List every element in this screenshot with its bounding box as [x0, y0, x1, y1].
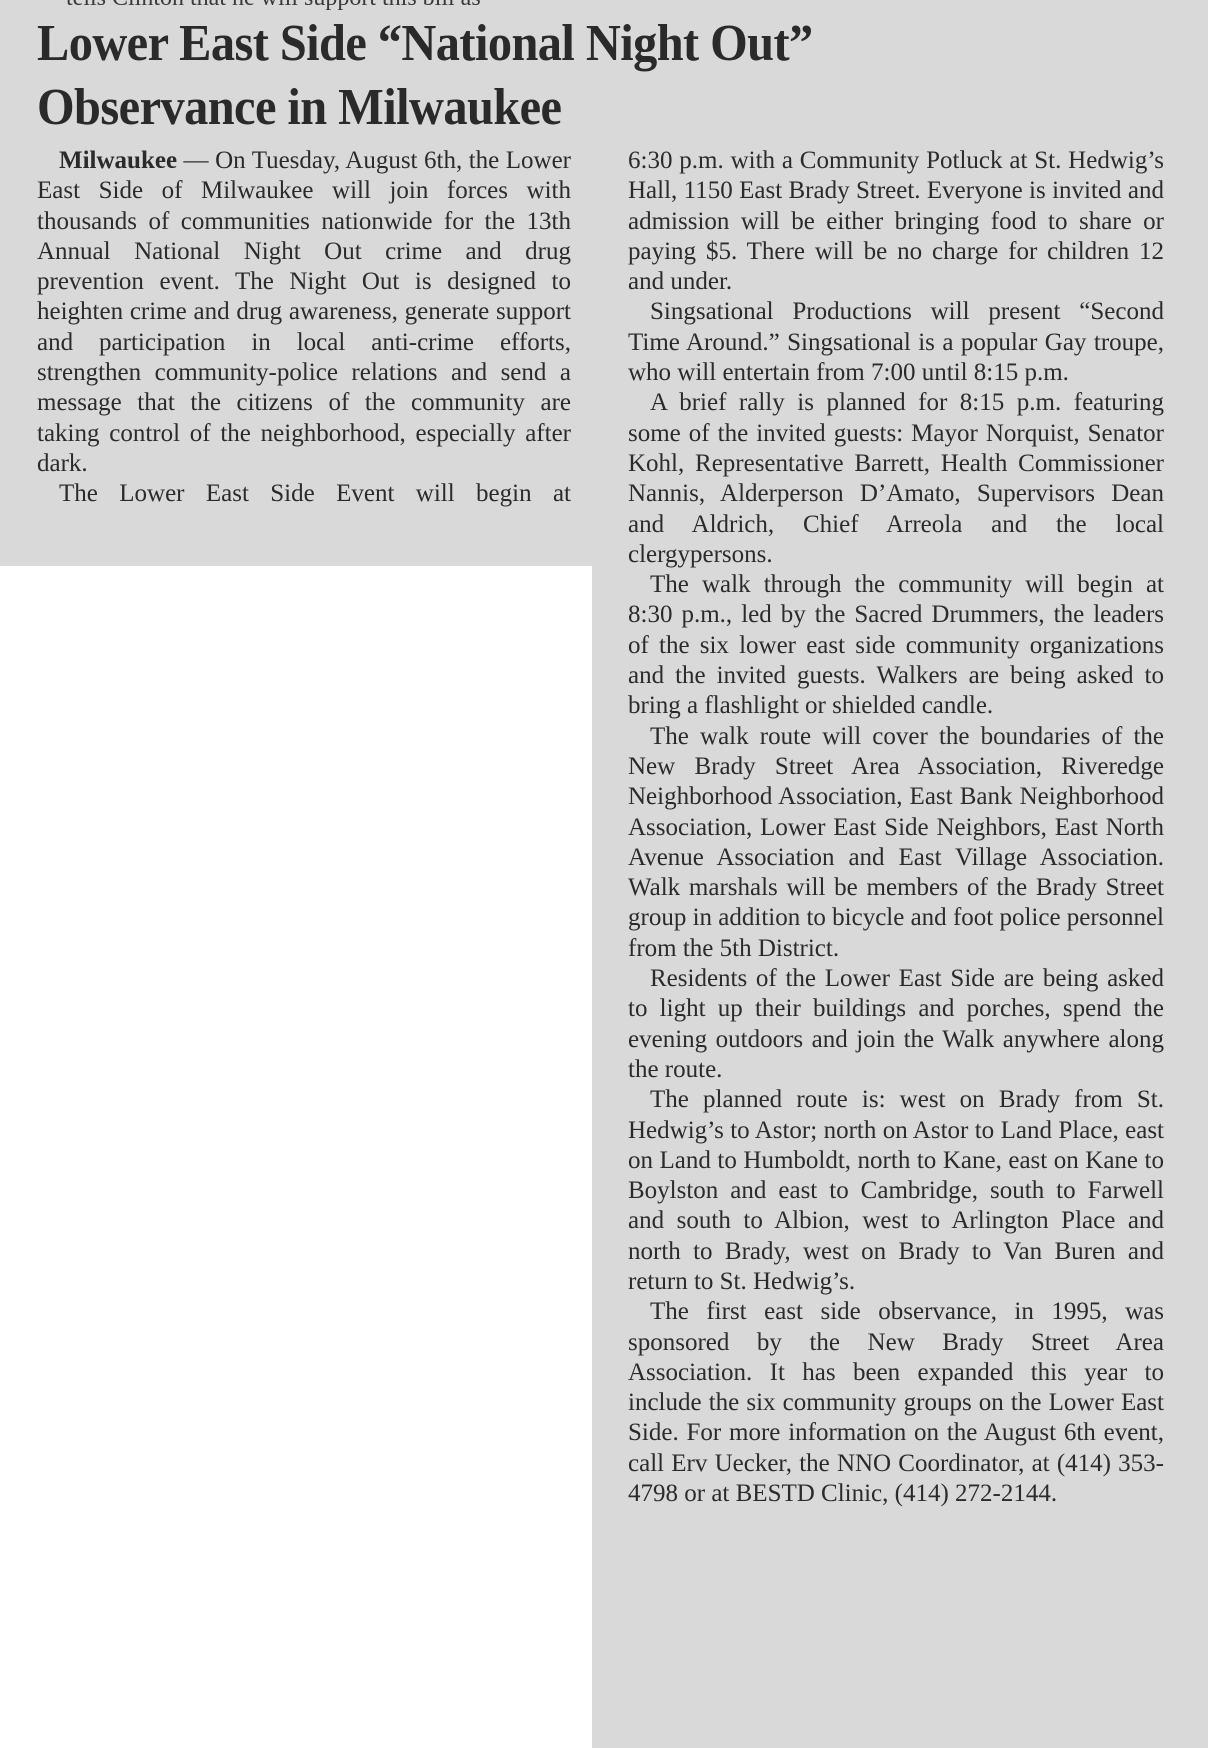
article-column-left: Milwaukee — On Tuesday, August 6th, the … [37, 146, 571, 510]
article-headline: Lower East Side “National Night Out” Obs… [37, 12, 967, 140]
dateline: Milwaukee [59, 147, 177, 174]
article-paragraph: The Lower East Side Event will begin at [37, 479, 571, 509]
headline-line-1: Lower East Side “National Night Out” [37, 12, 967, 76]
article-paragraph: Residents of the Lower East Side are bei… [628, 964, 1164, 1085]
article-paragraph: The first east side observance, in 1995,… [628, 1297, 1164, 1509]
article-column-right: 6:30 p.m. with a Community Potluck at St… [628, 146, 1164, 1509]
article-paragraph: Singsational Productions will present “S… [628, 297, 1164, 388]
paragraph-text: On Tuesday, August 6th, the Lower East S… [37, 147, 571, 477]
article-paragraph: Milwaukee — On Tuesday, August 6th, the … [37, 146, 571, 479]
article-paragraph: The planned route is: west on Brady from… [628, 1085, 1164, 1297]
dateline-separator: — [177, 147, 215, 174]
cutoff-previous-article-line: tells Clinton that he will support this … [66, 0, 586, 10]
article-paragraph: The walk route will cover the boundaries… [628, 722, 1164, 964]
article-paragraph: A brief rally is planned for 8:15 p.m. f… [628, 388, 1164, 570]
article-paragraph: The walk through the community will begi… [628, 570, 1164, 721]
article-paragraph-continued: 6:30 p.m. with a Community Potluck at St… [628, 146, 1164, 297]
headline-line-2: Observance in Milwaukee [37, 76, 967, 140]
